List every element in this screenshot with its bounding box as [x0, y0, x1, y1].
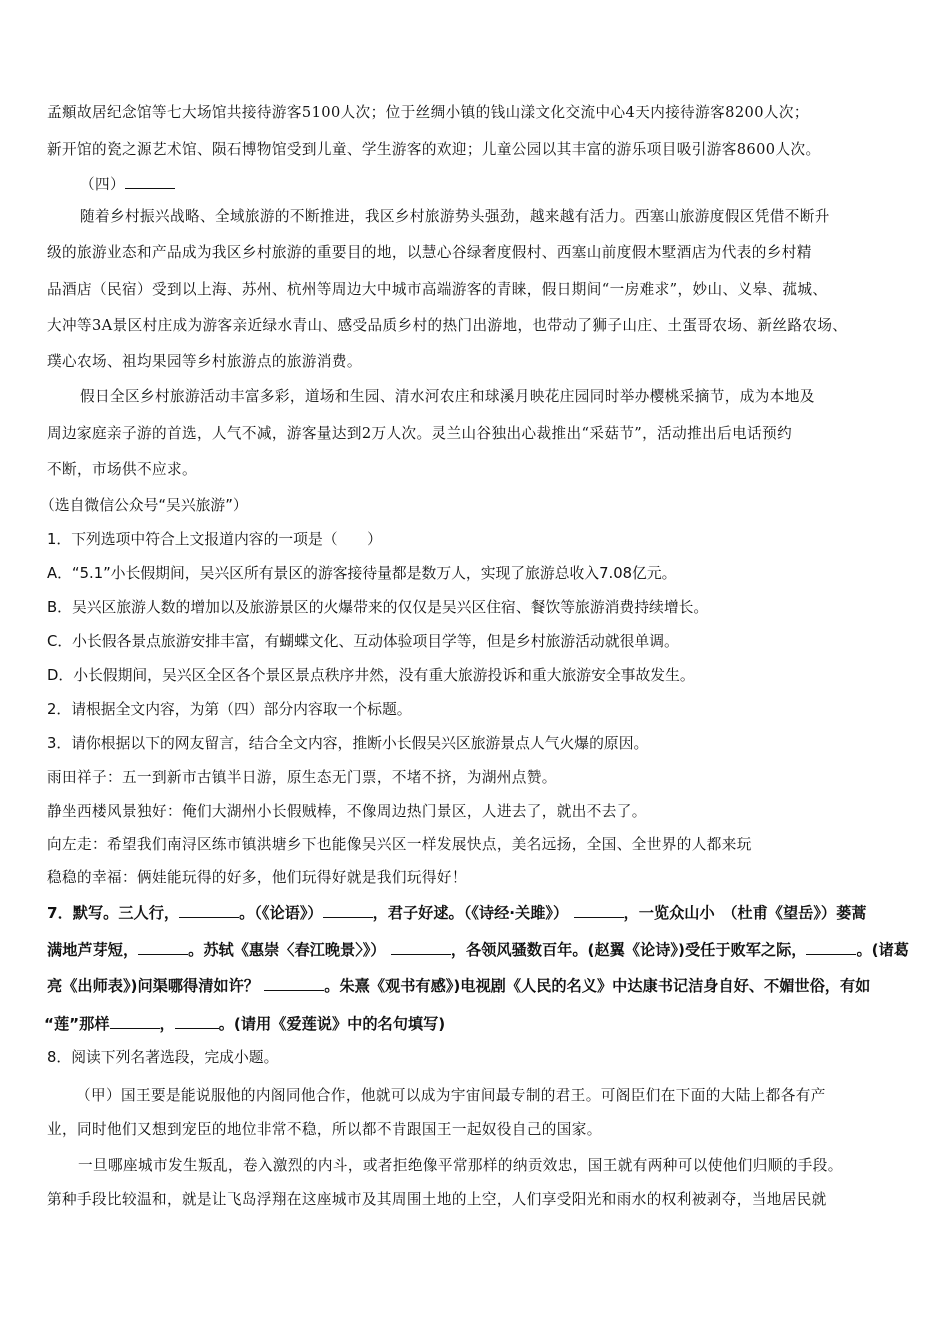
fill-blank	[138, 940, 188, 955]
section-four-p2-line-3: 不断，市场供不应求。	[47, 460, 197, 480]
q8-excerpt-line-3: 一旦哪座城市发生叛乱，卷入激烈的内斗，或者拒绝像平常那样的纳贡效忠，国王就有两种…	[78, 1156, 843, 1176]
fill-blank	[175, 1014, 219, 1029]
q7-text: “莲”那样	[44, 1015, 110, 1033]
q7-line-3: 亮《出师表》)问渠哪得清如许？ 。朱熹《观书有感》)电视剧《人民的名义》中达康书…	[47, 976, 870, 996]
q7-text: 。（《论语》）	[239, 904, 323, 922]
comment-2: 静坐西楼风景独好：俺们大湖州小长假贼棒，不像周边热门景区，人进去了，就出不去了。	[47, 802, 647, 822]
q7-text: 亮《出师表》)问渠哪得清如许？	[47, 977, 259, 995]
document-page: 孟頫故居纪念馆等七大场馆共接待游客5100人次；位于丝绸小镇的钱山漾文化交流中心…	[0, 0, 950, 1344]
section-four-p2-line-1: 假日全区乡村旅游活动丰富多彩，道场和生园、清水河农庄和球溪月映花庄园同时举办樱桃…	[80, 387, 815, 407]
q1-option-a: A．“5.1”小长假期间，吴兴区所有景区的游客接待量都是数万人，实现了旅游总收入…	[47, 564, 676, 584]
q7-text: 满地芦芽短，	[47, 941, 138, 959]
q7-line-1: 7．默写。三人行，。（《论语》），君子好逑。（《诗经·关雎》） ，一览众山小 （…	[47, 903, 867, 923]
section-four-p1-line-1: 随着乡村振兴战略、全域旅游的不断推进，我区乡村旅游势头强劲，越来越有活力。西塞山…	[80, 207, 830, 227]
section-four-p1-line-4: 大冲等3A景区村庄成为游客亲近绿水青山、感受品质乡村的热门出游地，也带动了狮子山…	[47, 316, 847, 336]
q8-excerpt-line-2: 业，同时他们又想到宠臣的地位非常不稳，所以都不肯跟国王一起奴役自己的国家。	[47, 1120, 602, 1140]
passage-intro-line-2: 新开馆的瓷之源艺术馆、陨石博物馆受到儿童、学生游客的欢迎；儿童公园以其丰富的游乐…	[47, 140, 820, 160]
q7-text: ，各领风骚数百年。(赵翼《论诗》)受任于败军之际，	[451, 941, 807, 959]
section-four-heading: （四）	[80, 174, 175, 195]
section-four-label: （四）	[80, 176, 125, 193]
title-blank	[125, 174, 175, 189]
q8-excerpt-line-4: 第种手段比较温和，就是让飞岛浮翔在这座城市及其周围土地的上空，人们享受阳光和雨水…	[47, 1190, 827, 1210]
q7-line-2: 满地芦芽短，。苏轼《惠崇〈春江晚景〉》） ，各领风骚数百年。(赵翼《论诗》)受任…	[47, 940, 909, 960]
q8-excerpt-line-1: （甲）国王要是能说服他的内阁同他合作，他就可以成为宇宙间最专制的君王。可阁臣们在…	[76, 1086, 826, 1106]
fill-blank	[110, 1014, 160, 1029]
q7-text: 。(请用《爱莲说》中的名句填写)	[219, 1015, 446, 1033]
section-four-p1-line-2: 级的旅游业态和产品成为我区乡村旅游的重要目的地，以慧心谷绿奢度假村、西塞山前度假…	[47, 243, 812, 263]
fill-blank	[323, 903, 373, 918]
section-four-p1-line-3: 品酒店（民宿）受到以上海、苏州、杭州等周边大中城市高端游客的青睐，假日期间“一房…	[47, 280, 827, 300]
comment-3: 向左走：希望我们南浔区练市镇洪塘乡下也能像吴兴区一样发展快点，美名远扬，全国、全…	[47, 835, 752, 855]
q7-text: ，君子好逑。（《诗经·关雎》）	[373, 904, 569, 922]
q3-stem: 3．请你根据以下的网友留言，结合全文内容，推断小长假吴兴区旅游景点人气火爆的原因…	[47, 734, 648, 754]
q7-text: 。朱熹《观书有感》)电视剧《人民的名义》中达康书记洁身自好、不媚世俗，有如	[324, 977, 870, 995]
section-four-p2-line-2: 周边家庭亲子游的首选，人气不减，游客量达到2万人次。灵兰山谷独出心裁推出“采菇节…	[47, 424, 792, 444]
fill-blank	[264, 976, 324, 991]
q7-line-4: “莲”那样，。(请用《爱莲说》中的名句填写)	[44, 1014, 445, 1034]
q7-text: 7．默写。三人行，	[47, 904, 179, 922]
comment-4: 稳稳的幸福：俩娃能玩得的好多，他们玩得好就是我们玩得好！	[47, 868, 467, 888]
q7-text: 。苏轼《惠崇〈春江晚景〉》）	[188, 941, 385, 959]
passage-intro-line-1: 孟頫故居纪念馆等七大场馆共接待游客5100人次；位于丝绸小镇的钱山漾文化交流中心…	[47, 103, 809, 123]
fill-blank	[179, 903, 239, 918]
section-four-p1-line-5: 璞心农场、祖均果园等乡村旅游点的旅游消费。	[47, 352, 362, 372]
fill-blank	[806, 940, 856, 955]
source-note: （选自微信公众号“吴兴旅游”）	[40, 496, 248, 516]
q2-stem: 2．请根据全文内容，为第（四）部分内容取一个标题。	[47, 700, 412, 720]
q1-option-c: C．小长假各景点旅游安排丰富，有蝴蝶文化、互动体验项目学等，但是乡村旅游活动就很…	[47, 632, 679, 652]
q7-text: ，一览众山小 （杜甫《望岳》）蒌蒿	[624, 904, 867, 922]
q7-text: ，	[160, 1015, 175, 1033]
q8-stem: 8．阅读下列名著选段，完成小题。	[47, 1048, 278, 1068]
fill-blank	[574, 903, 624, 918]
q7-text: 。(诸葛	[856, 941, 909, 959]
q1-stem: 1．下列选项中符合上文报道内容的一项是（ ）	[47, 530, 382, 550]
q1-option-b: B．吴兴区旅游人数的增加以及旅游景区的火爆带来的仅仅是吴兴区住宿、餐饮等旅游消费…	[47, 598, 708, 618]
comment-1: 雨田祥子：五一到新市古镇半日游，原生态无门票，不堵不挤，为湖州点赞。	[47, 768, 557, 788]
q1-option-d: D．小长假期间，吴兴区全区各个景区景点秩序井然，没有重大旅游投诉和重大旅游安全事…	[47, 666, 695, 686]
fill-blank	[391, 940, 451, 955]
